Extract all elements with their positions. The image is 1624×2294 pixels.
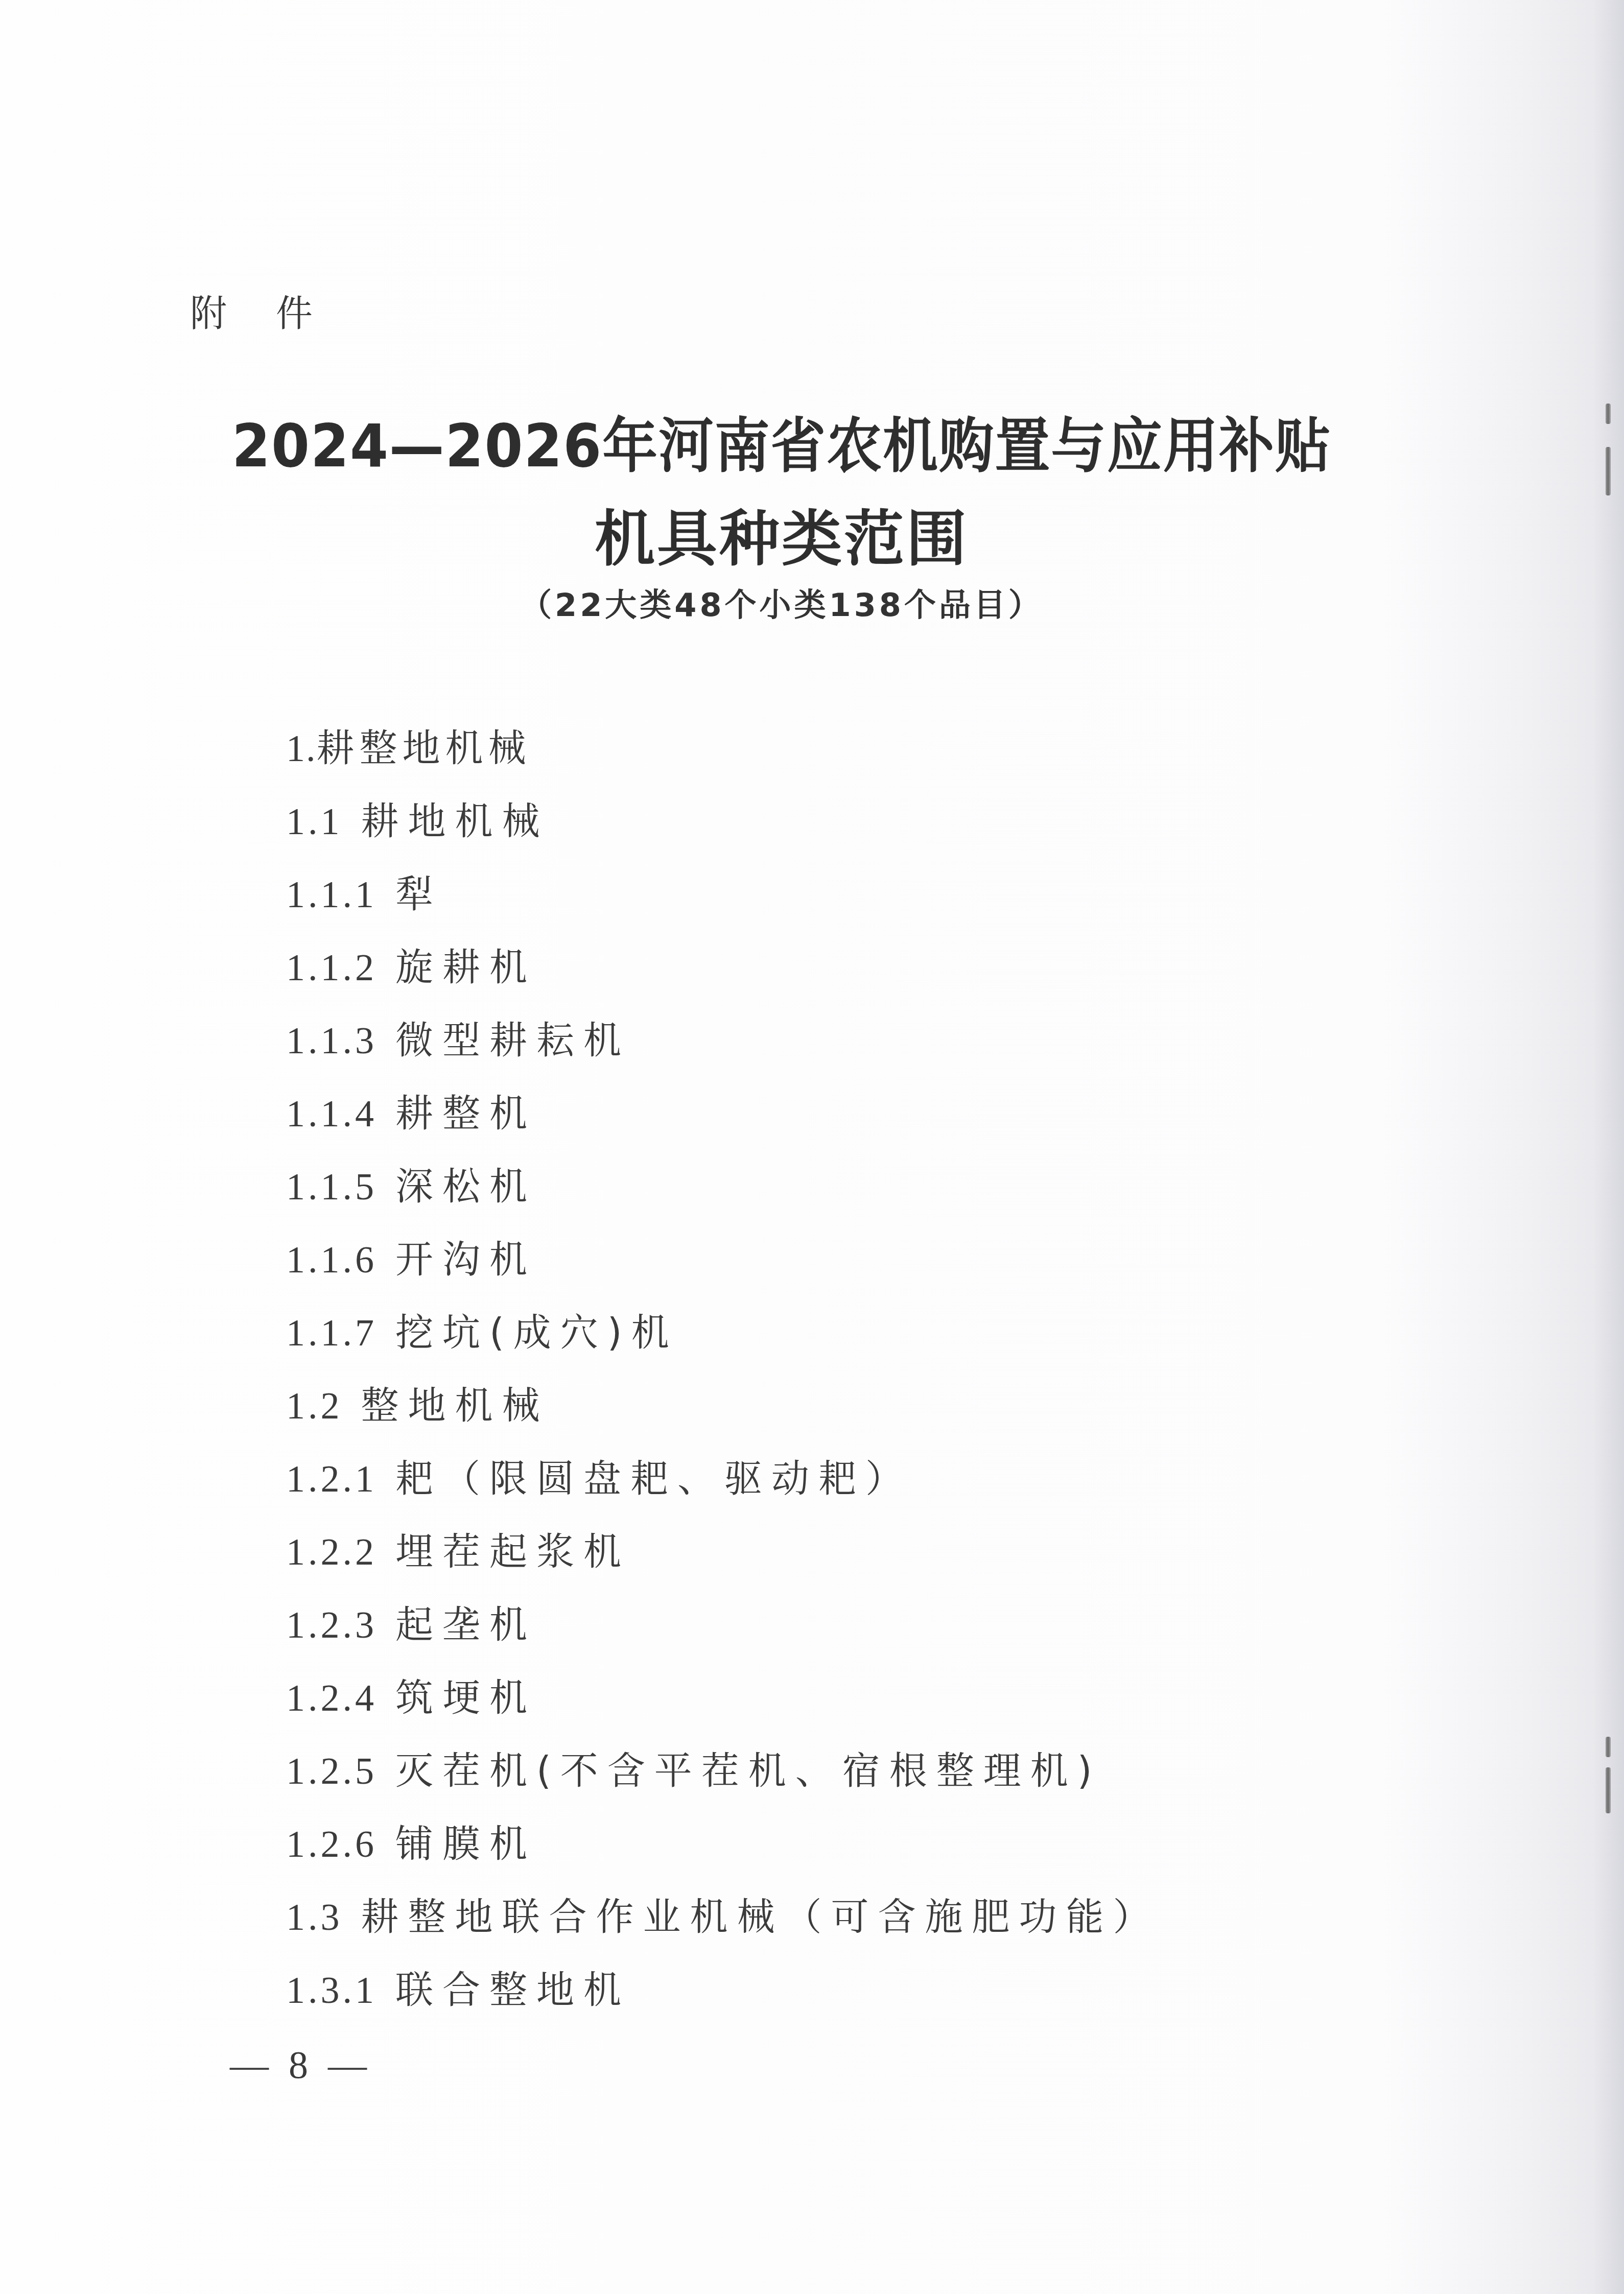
item-label: 耕地机械	[361, 799, 549, 843]
item-number: 1.1.4	[286, 1089, 377, 1140]
item-label: 耙（限圆盘耙、驱动耙）	[395, 1457, 912, 1501]
item-number: 1.	[286, 723, 317, 774]
staple-icon	[1606, 1737, 1611, 1757]
document-page: 附件 2024—2026年河南省农机购置与应用补贴 机具种类范围 （22大类48…	[0, 0, 1624, 2294]
item-label: 起垄机	[395, 1603, 536, 1647]
list-item: 1.1耕地机械	[286, 796, 1160, 869]
staple-icon	[1606, 1767, 1611, 1813]
item-label: 耕整地联合作业机械（可含施肥功能）	[361, 1895, 1160, 1939]
item-label: 耕整机	[395, 1092, 536, 1136]
item-number: 1.1.2	[286, 942, 377, 994]
item-number: 1.2	[286, 1381, 343, 1432]
list-item: 1.2.1耙（限圆盘耙、驱动耙）	[286, 1453, 1160, 1526]
item-number: 1.1.7	[286, 1308, 377, 1359]
item-number: 1.2.3	[286, 1600, 377, 1651]
item-label: 微型耕耘机	[395, 1019, 630, 1062]
item-label: 埋茬起浆机	[395, 1530, 630, 1574]
item-label: 联合整地机	[395, 1968, 630, 2012]
item-number: 1.3	[286, 1892, 343, 1943]
list-item: 1.1.7挖坑(成穴)机	[286, 1307, 1160, 1380]
item-number: 1.3.1	[286, 1965, 377, 2016]
item-label: 整地机械	[361, 1384, 549, 1428]
item-label: 深松机	[395, 1165, 536, 1209]
document-subtitle: （22大类48个小类138个品目）	[0, 580, 1563, 625]
document-title-line1: 2024—2026年河南省农机购置与应用补贴	[55, 398, 1509, 484]
item-number: 1.1.3	[286, 1015, 377, 1067]
item-label: 耕整地机械	[317, 726, 531, 770]
list-item: 1.2.2埋茬起浆机	[286, 1526, 1160, 1599]
list-item: 1.1.6开沟机	[286, 1234, 1160, 1307]
list-item: 1.2.3起垄机	[286, 1599, 1160, 1672]
list-item: 1.1.1犁	[286, 869, 1160, 942]
list-item: 1.1.5深松机	[286, 1161, 1160, 1234]
item-label: 筑埂机	[395, 1676, 536, 1720]
item-number: 1.1.5	[286, 1162, 377, 1213]
item-number: 1.2.2	[286, 1527, 377, 1578]
document-title-line2: 机具种类范围	[0, 490, 1563, 577]
list-item: 1.1.2旋耕机	[286, 942, 1160, 1015]
list-item: 1.1.4耕整机	[286, 1088, 1160, 1161]
list-item: 1.2.4筑埂机	[286, 1672, 1160, 1745]
item-number: 1.2.4	[286, 1673, 377, 1724]
page-number: — 8 —	[230, 2043, 372, 2088]
item-label: 铺膜机	[395, 1822, 536, 1866]
item-label: 犁	[395, 872, 442, 916]
item-label: 挖坑(成穴)机	[395, 1311, 678, 1355]
item-label: 灭茬机(不含平茬机、宿根整理机)	[395, 1749, 1101, 1793]
list-item: 1.2.5灭茬机(不含平茬机、宿根整理机)	[286, 1745, 1160, 1818]
machinery-category-list: 1.耕整地机械 1.1耕地机械 1.1.1犁 1.1.2旋耕机 1.1.3微型耕…	[286, 723, 1160, 2038]
item-number: 1.1.6	[286, 1235, 377, 1286]
list-item: 1.2整地机械	[286, 1380, 1160, 1453]
item-label: 开沟机	[395, 1238, 536, 1282]
attachment-label: 附件	[190, 283, 362, 337]
item-number: 1.2.1	[286, 1454, 377, 1505]
item-label: 旋耕机	[395, 945, 536, 989]
item-number: 1.2.6	[286, 1819, 377, 1870]
item-number: 1.2.5	[286, 1746, 377, 1797]
binding-shadow	[1593, 0, 1624, 2294]
staple-icon	[1606, 404, 1611, 424]
item-number: 1.1	[286, 796, 343, 847]
item-number: 1.1.1	[286, 869, 377, 920]
list-item: 1.耕整地机械	[286, 723, 1160, 796]
list-item: 1.3耕整地联合作业机械（可含施肥功能）	[286, 1891, 1160, 1965]
staple-icon	[1606, 447, 1611, 495]
list-item: 1.3.1联合整地机	[286, 1965, 1160, 2038]
list-item: 1.1.3微型耕耘机	[286, 1015, 1160, 1088]
list-item: 1.2.6铺膜机	[286, 1818, 1160, 1891]
